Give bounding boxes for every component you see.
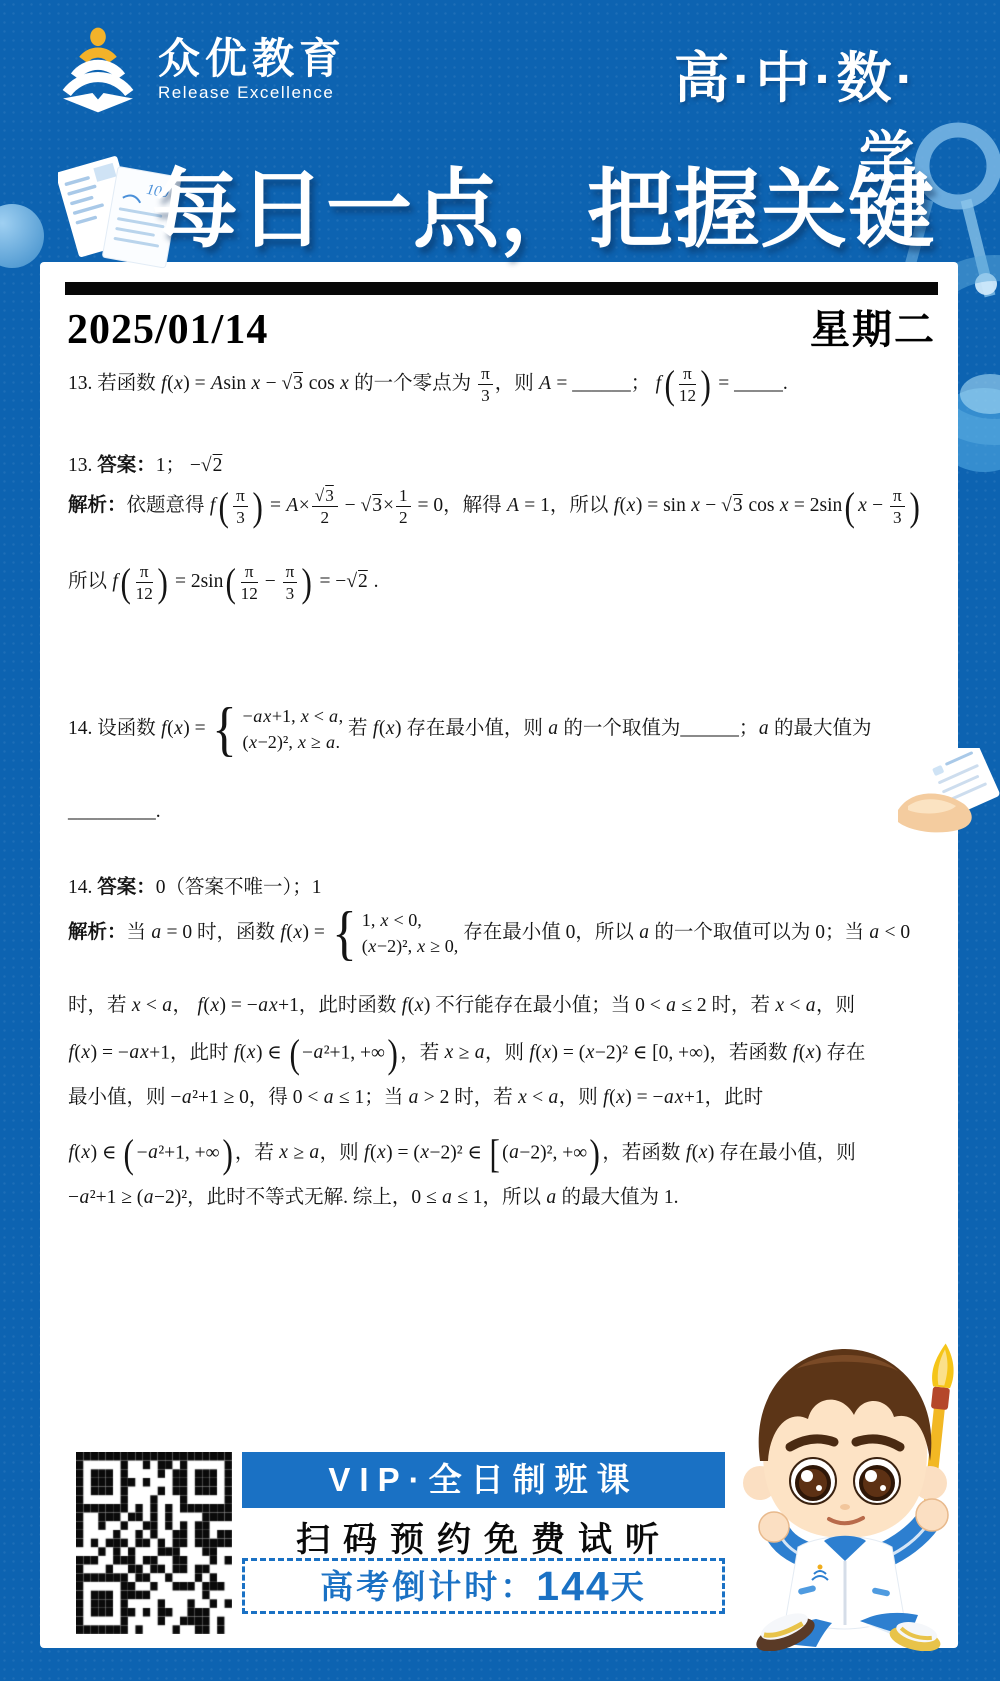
problem-14-question-line-1: 14. 设函数 f(x) = {−ax+1, x < a,(x−2)², x ≥…	[68, 704, 936, 755]
hand-papers-decoration	[898, 748, 1000, 836]
countdown-box: 高考倒计时：144天	[242, 1558, 725, 1614]
divider-bar	[65, 282, 938, 295]
date-row: 2025/01/14 星期二	[67, 298, 936, 355]
sphere-decoration	[0, 204, 44, 268]
weekday-text: 星期二	[810, 298, 936, 355]
vip-banner: VIP·全日制班课	[242, 1452, 725, 1508]
problem-13-solution-line-1: 解析：依题意得 f(π3) = A×√32 − √3×12 = 0，解得 A =…	[68, 486, 936, 527]
problem-14-solution-line-3: f(x) = −ax+1，此时 f(x) ∈ (−a²+1, +∞)，若 x ≥…	[68, 1034, 936, 1074]
problem-14-answer: 14. 答案：0（答案不唯一）；1	[68, 874, 936, 902]
problem-14-solution-line-5: f(x) ∈ (−a²+1, +∞)，若 x ≥ a，则 f(x) = (x−2…	[68, 1134, 936, 1174]
headline: 每日一点，把握关键	[152, 140, 935, 264]
logo-subtitle: Release Excellence	[158, 83, 346, 103]
logo-title: 众优教育	[158, 37, 346, 81]
problem-13-answer: 13. 答案：1； −√2	[68, 452, 936, 480]
qr-code	[76, 1452, 232, 1634]
problem-13-question: 13. 若函数 f(x) = Asin x − √3 cos x 的一个零点为 …	[68, 364, 936, 405]
problem-14-solution-line-2: 时，若 x < a， f(x) = −ax+1，此时函数 f(x) 不行能存在最…	[68, 992, 936, 1020]
logo-book-icon	[52, 26, 144, 114]
poster-page: { "colors": {"background":"#0d63b1","acc…	[0, 0, 1000, 1681]
scan-cta: 扫码预约免费试听	[236, 1512, 732, 1561]
problem-13-solution-line-2: 所以 f(π12) = 2sin(π12 − π3) = −√2 .	[68, 562, 936, 603]
problem-14-solution-line-6: −a²+1 ≥ (a−2)²，此时不等式无解. 综上，0 ≤ a ≤ 1，所以 …	[68, 1184, 936, 1212]
countdown-unit: 天	[611, 1568, 647, 1605]
problem-14-question-line-2: _________.	[68, 798, 936, 826]
problem-14-solution-line-4: 最小值，则 −a²+1 ≥ 0，得 0 < a ≤ 1；当 a > 2 时，若 …	[68, 1084, 936, 1112]
countdown-days: 144	[536, 1563, 610, 1609]
problem-14-solution-line-1: 解析：当 a = 0 时，函数 f(x) = {1, x < 0,(x−2)²,…	[68, 908, 936, 959]
countdown-prefix: 高考倒计时：	[320, 1568, 536, 1605]
date-text: 2025/01/14	[67, 306, 268, 354]
mascot-boy-illustration	[732, 1335, 958, 1651]
brand-logo: 众优教育 Release Excellence	[52, 26, 346, 114]
